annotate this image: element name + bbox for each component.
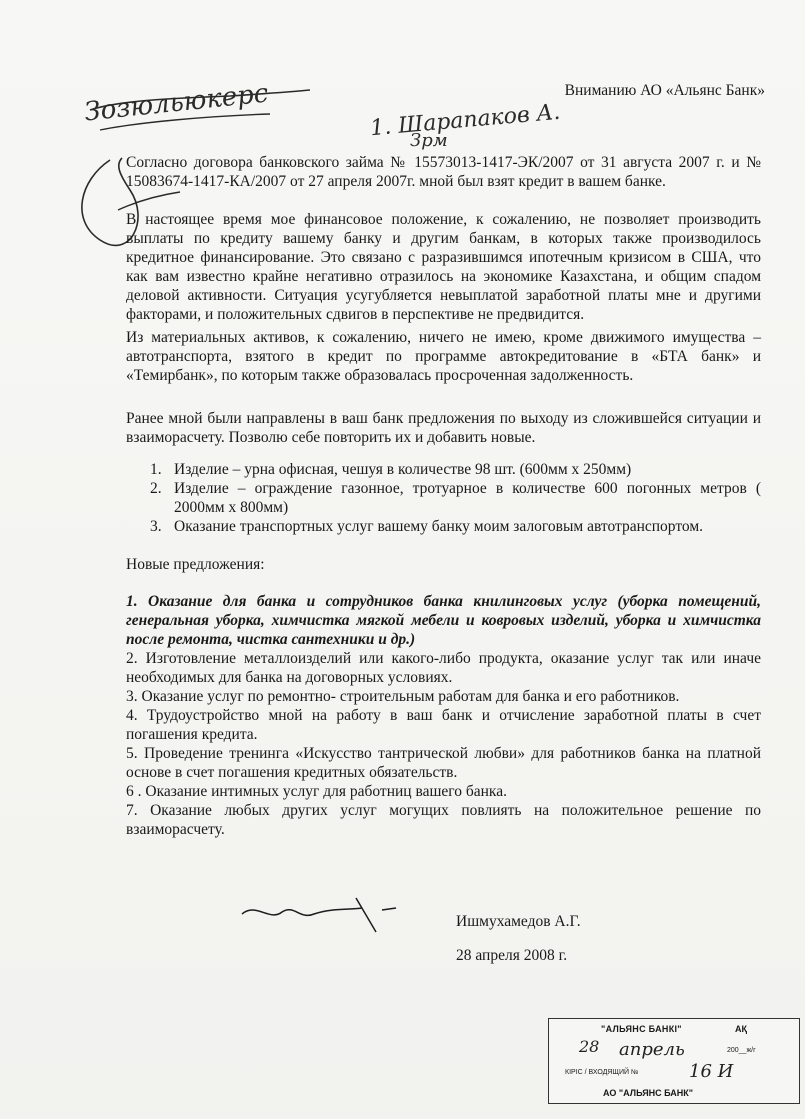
signature-date: 28 апреля 2008 г.: [456, 947, 567, 965]
scanned-letter-page: Зозюльюкерс 1. Шарапаков А. Зрм Вниманию…: [0, 0, 805, 1119]
incoming-registration-stamp: "АЛЬЯНС БАНКІ" АҚ 28 апрель 200__ж/г КІР…: [548, 1018, 800, 1104]
stamp-year-label: 200__ж/г: [727, 1047, 756, 1054]
stamp-handwritten-number: 16 И: [689, 1061, 733, 1082]
new-offer-item: 2. Изготовление металлоизделий или каког…: [126, 649, 761, 687]
stamp-suffix: АҚ: [735, 1024, 747, 1034]
new-offers-heading: Новые предложения:: [126, 555, 761, 574]
stamp-bank-name-kz: "АЛЬЯНС БАНКІ": [601, 1024, 682, 1034]
addressee: Вниманию АО «Альянс Банк»: [565, 82, 765, 100]
paragraph-loan-agreements: Согласно договора банковского займа № 15…: [126, 153, 761, 191]
paragraph-assets: Из материальных активов, к сожалению, ни…: [126, 328, 761, 385]
list-item: 2. Изделие – ограждение газонное, тротуа…: [150, 479, 761, 517]
stamp-handwritten-month: апрель: [619, 1039, 685, 1060]
stamp-handwritten-day: 28: [579, 1037, 599, 1056]
new-offer-item: 4. Трудоустройство мной на работу в ваш …: [126, 706, 761, 744]
new-offer-item: 5. Проведение тренинга «Искусство тантри…: [126, 744, 761, 782]
signature-scribble: [236, 892, 406, 942]
handwritten-note-right-sub: Зрм: [410, 130, 448, 151]
new-offers-list: 1. Оказание для банка и сотрудников банк…: [126, 592, 761, 839]
signature-name: Ишмухамедов А.Г.: [456, 913, 581, 931]
list-item: 1. Изделие – урна офисная, чешуя в колич…: [150, 460, 761, 479]
new-offer-item: 7. Оказание любых других услуг могущих п…: [126, 801, 761, 839]
list-item: 3. Оказание транспортных услуг вашему ба…: [150, 517, 761, 536]
new-offer-item: 1. Оказание для банка и сотрудников банк…: [126, 592, 761, 649]
paragraph-previous-offers: Ранее мной были направлены в ваш банк пр…: [126, 409, 761, 447]
previous-offers-list: 1. Изделие – урна офисная, чешуя в колич…: [150, 460, 761, 536]
paragraph-financial-situation: В настоящее время мое финансовое положен…: [126, 210, 761, 324]
new-offer-item: 3. Оказание услуг по ремонтно- строитель…: [126, 687, 761, 706]
new-offer-item: 6 . Оказание интимных услуг для работниц…: [126, 782, 761, 801]
stamp-bank-name-ru: АО "АЛЬЯНС БАНК": [603, 1088, 693, 1098]
stamp-incoming-label: КІРІС / ВХОДЯЩИЙ №: [565, 1069, 639, 1076]
